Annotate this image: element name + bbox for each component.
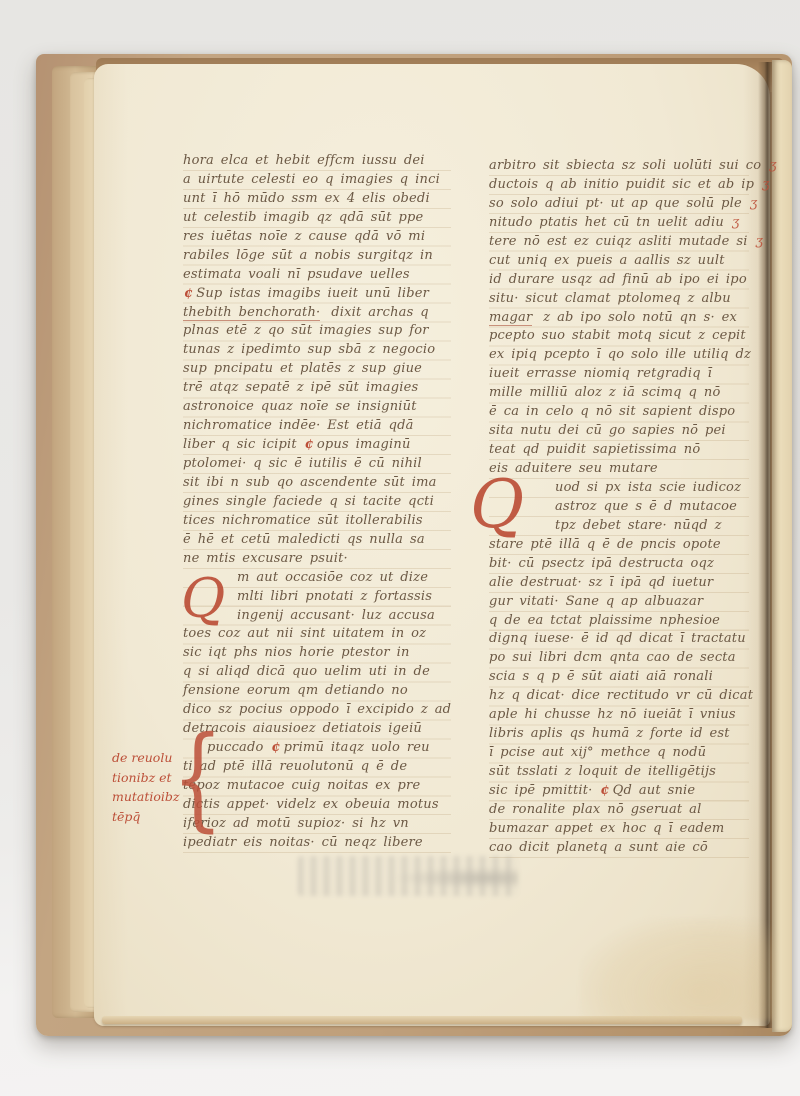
capitulum-mark (409, 816, 413, 831)
capitulum-mark (746, 328, 750, 343)
text-line: trē atqz sepatē z ipē sūt imagies (183, 379, 451, 398)
text-line: res iuētas noīe z cause qdā vō mi (183, 228, 451, 247)
text-line: cut uniq ex pueis a aallis sz uult (489, 252, 749, 271)
text-line: fensione eorum qm detiando no (183, 682, 451, 701)
capitulum-mark (451, 702, 455, 717)
text-line: sic iqt phs nios horie ptestor in (183, 644, 451, 663)
text-line: dico sz pocius oppodo ī excipido z ad (183, 701, 451, 720)
capitulum-mark (433, 248, 437, 263)
text-line: ut celestib imagib qz qdā sūt ppe (183, 209, 451, 228)
capitulum-mark (423, 835, 427, 850)
capitulum-mark (737, 499, 741, 514)
capitulum-mark (407, 759, 411, 774)
capitulum-mark (742, 196, 746, 211)
capitulum-mark (753, 688, 757, 703)
text-line: situ· sicut clamat ptolomeq z albu (489, 290, 749, 309)
text-line: de ronalite plax nō gseruat al (489, 801, 749, 820)
text-line: q si aliqd dicā quo uelim uti in de (183, 663, 451, 682)
text-line: bit· cū psectz ipā destructa oqz (489, 555, 749, 574)
capitulum-mark (422, 721, 426, 736)
capitulum-mark (703, 594, 707, 609)
text-line: ī pcise aut xij° methce q nodū (489, 744, 749, 763)
text-line: nitudo ptatis het cū tn uelit adiuʒ (489, 214, 749, 233)
line-filler-flourish: ʒ (769, 158, 777, 173)
text-line: tices nichromatice sūt itollerabilis (183, 512, 451, 531)
capitulum-mark (658, 461, 662, 476)
facing-page-sliver (772, 60, 792, 1032)
capitulum-mark (724, 821, 728, 836)
capitulum-mark (429, 323, 433, 338)
text-line: ē hē et cetū maledicti qs nulla sa (183, 531, 451, 550)
text-line: iueit errasse niomiq retgradiq ī (489, 365, 749, 384)
capitulum-mark (410, 645, 414, 660)
text-line: tpz debet stare· nūqd z (489, 517, 749, 536)
capitulum-mark (735, 404, 739, 419)
text-line: sic ipē pmittit· ¢Qd aut snie (489, 782, 749, 801)
text-line: libris aplis qs humā z forte id est (489, 725, 749, 744)
text-line: stare ptē illā q ē de pncis opote (489, 536, 749, 555)
text-line: sūt tsslati z loquit de itelligētijs (489, 763, 749, 782)
text-line: unt ī hō mūdo ssm ex 4 elis obedi (183, 190, 451, 209)
capitulum-mark (408, 683, 412, 698)
text-line: rabiles lōge sūt a nobis surgitqz in (183, 247, 451, 266)
capitulum-mark (430, 191, 434, 206)
capitulum-mark (423, 210, 427, 225)
capitulum-mark (435, 342, 439, 357)
capitulum-mark (428, 570, 432, 585)
text-line: a uirtute celesti eo q imagies q inci (183, 171, 451, 190)
text-line: eis aduitere seu mutare (489, 460, 749, 479)
text-line: ptolomei· q sic ē iutilis ē cū nihil (183, 455, 451, 474)
capitulum-mark (741, 480, 745, 495)
capitulum-mark (425, 153, 429, 168)
text-line: teat qd puidit sapietissima nō (489, 441, 749, 460)
line-filler-flourish: ʒ (756, 234, 764, 249)
text-line: cao dicit planetq a sunt aie cō (489, 839, 749, 858)
capitulum-mark (410, 267, 414, 282)
capitulum-mark (423, 513, 427, 528)
text-line: nichromatice indēe· Est etiā qdā (183, 417, 451, 436)
capitulum-mark (747, 272, 751, 287)
capitulum-mark (713, 575, 717, 590)
capitulum-mark (730, 726, 734, 741)
text-line: aple hi chusse hz nō iueiāt ī vnius (489, 706, 749, 725)
text-line: uod si px ista scie iudicoz (489, 479, 749, 498)
text-line: dignq iuese· ē id qd dicat ī tractatu (489, 630, 749, 649)
text-line: gur vitati· Sane q ap albuazar (489, 593, 749, 612)
text-line: ductois q ab initio puidit sic et ab ipʒ (489, 176, 749, 195)
capitulum-mark (716, 764, 720, 779)
text-line: plnas etē z qo sūt imagies sup for (183, 322, 451, 341)
capitulum-mark (437, 475, 441, 490)
text-column-right: arbitro sit sbiecta sz soli uolūti sui c… (489, 157, 749, 858)
text-line: arbitro sit sbiecta sz soli uolūti sui c… (489, 157, 749, 176)
capitulum-mark (420, 778, 424, 793)
capitulum-mark (700, 442, 704, 457)
text-line: tere nō est ez cuiqz asliti mutade siʒ (489, 233, 749, 252)
text-line: so solo adiui pt· ut ap que solū pleʒ (489, 195, 749, 214)
capitulum-mark (426, 626, 430, 641)
capitulum-mark: ¢ (183, 286, 196, 301)
text-line: id durare usqz ad finū ab ipo ei ipo (489, 271, 749, 290)
text-line: magar z ab ipo solo notū qn s· ex (489, 309, 749, 328)
ink-stamp-showthrough (298, 856, 518, 896)
line-filler-flourish: ʒ (732, 215, 740, 230)
capitulum-mark (761, 158, 765, 173)
text-line: estimata voali nī psudave uelles (183, 266, 451, 285)
text-line: alie destruat· sz ī ipā qd iuetur (489, 574, 749, 593)
capitulum-mark (720, 613, 724, 628)
line-filler-flourish: ʒ (750, 196, 758, 211)
drop-cap-initial-right: Q (470, 472, 524, 538)
capitulum-mark (439, 797, 443, 812)
capitulum-mark (754, 177, 758, 192)
text-line: ne mtis excusare psuit· (183, 550, 451, 569)
text-line: gines single faciede q si tacite qcti (183, 493, 451, 512)
capitulum-mark (422, 361, 426, 376)
margin-brace: { (172, 722, 223, 834)
bottom-page-stack-edge (102, 1016, 742, 1024)
text-line: tunas z ipedimto sup sbā z negocio (183, 341, 451, 360)
text-line: astronoice quaz noīe se insigniūt (183, 398, 451, 417)
capitulum-mark (422, 456, 426, 471)
capitulum-mark (440, 172, 444, 187)
capitulum-mark (706, 745, 710, 760)
capitulum-mark (721, 537, 725, 552)
text-line: q de ea tctat plaissime nphesioe (489, 612, 749, 631)
capitulum-mark (720, 385, 724, 400)
capitulum-mark (725, 253, 729, 268)
capitulum-mark (425, 532, 429, 547)
capitulum-mark (736, 650, 740, 665)
capitulum-mark (726, 423, 730, 438)
capitulum-mark (432, 589, 436, 604)
text-line: bumazar appet ex hoc q ī eadem (489, 820, 749, 839)
capitulum-mark (434, 494, 438, 509)
text-line: hz q dicat· dice rectitudo vr cū dicat (489, 687, 749, 706)
capitulum-mark (435, 608, 439, 623)
capitulum-mark (425, 229, 429, 244)
capitulum-mark (714, 556, 718, 571)
capitulum-mark (722, 518, 726, 533)
text-line: pcepto suo stabit motq sicut z cepit (489, 327, 749, 346)
line-filler-flourish: ʒ (762, 177, 770, 192)
text-line: ex ipiq pcepto ī qo solo ille utiliq dz (489, 346, 749, 365)
capitulum-mark: ¢ (304, 437, 317, 452)
capitulum-mark (712, 366, 716, 381)
capitulum-mark (731, 291, 735, 306)
text-line: po sui libri dcm qnta cao de secta (489, 649, 749, 668)
text-line: liber q sic icipit ¢opus imaginū (183, 436, 451, 455)
capitulum-mark (751, 347, 755, 362)
capitulum-mark (348, 551, 352, 566)
capitulum-mark (430, 664, 434, 679)
text-line: thebith benchorath· dixit archas q (183, 304, 451, 323)
drop-cap-initial-left: Q (181, 572, 225, 626)
text-line: ipediatr eis noitas· cū neqz libere (183, 834, 451, 853)
capitulum-mark (713, 669, 717, 684)
capitulum-mark (418, 380, 422, 395)
capitulum-mark (702, 802, 706, 817)
capitulum-mark (417, 399, 421, 414)
text-line: hora elca et hebit effcm iussu dei (183, 152, 451, 171)
text-line: scia s q p ē sūt aiati aiā ronali (489, 668, 749, 687)
capitulum-mark: ¢ (270, 740, 283, 755)
capitulum-mark: ¢ (599, 783, 612, 798)
capitulum-mark (746, 631, 750, 646)
text-line: astroz que s ē d mutacoe (489, 498, 749, 517)
capitulum-mark (414, 418, 418, 433)
text-line: sita nutu dei cū go sapies nō pei (489, 422, 749, 441)
capitulum-mark (724, 215, 728, 230)
capitulum-mark (736, 707, 740, 722)
text-line: ¢Sup istas imagibs iueit unū liber (183, 285, 451, 304)
text-line: mille milliū aloz z iā scimq q nō (489, 384, 749, 403)
text-line: ē ca in celo q nō sit sapient dispo (489, 403, 749, 422)
text-line: sit ibi n sub qo ascendente sūt ima (183, 474, 451, 493)
text-line: sup pncipatu et platēs z sup giue (183, 360, 451, 379)
capitulum-mark (708, 840, 712, 855)
capitulum-mark (748, 234, 752, 249)
